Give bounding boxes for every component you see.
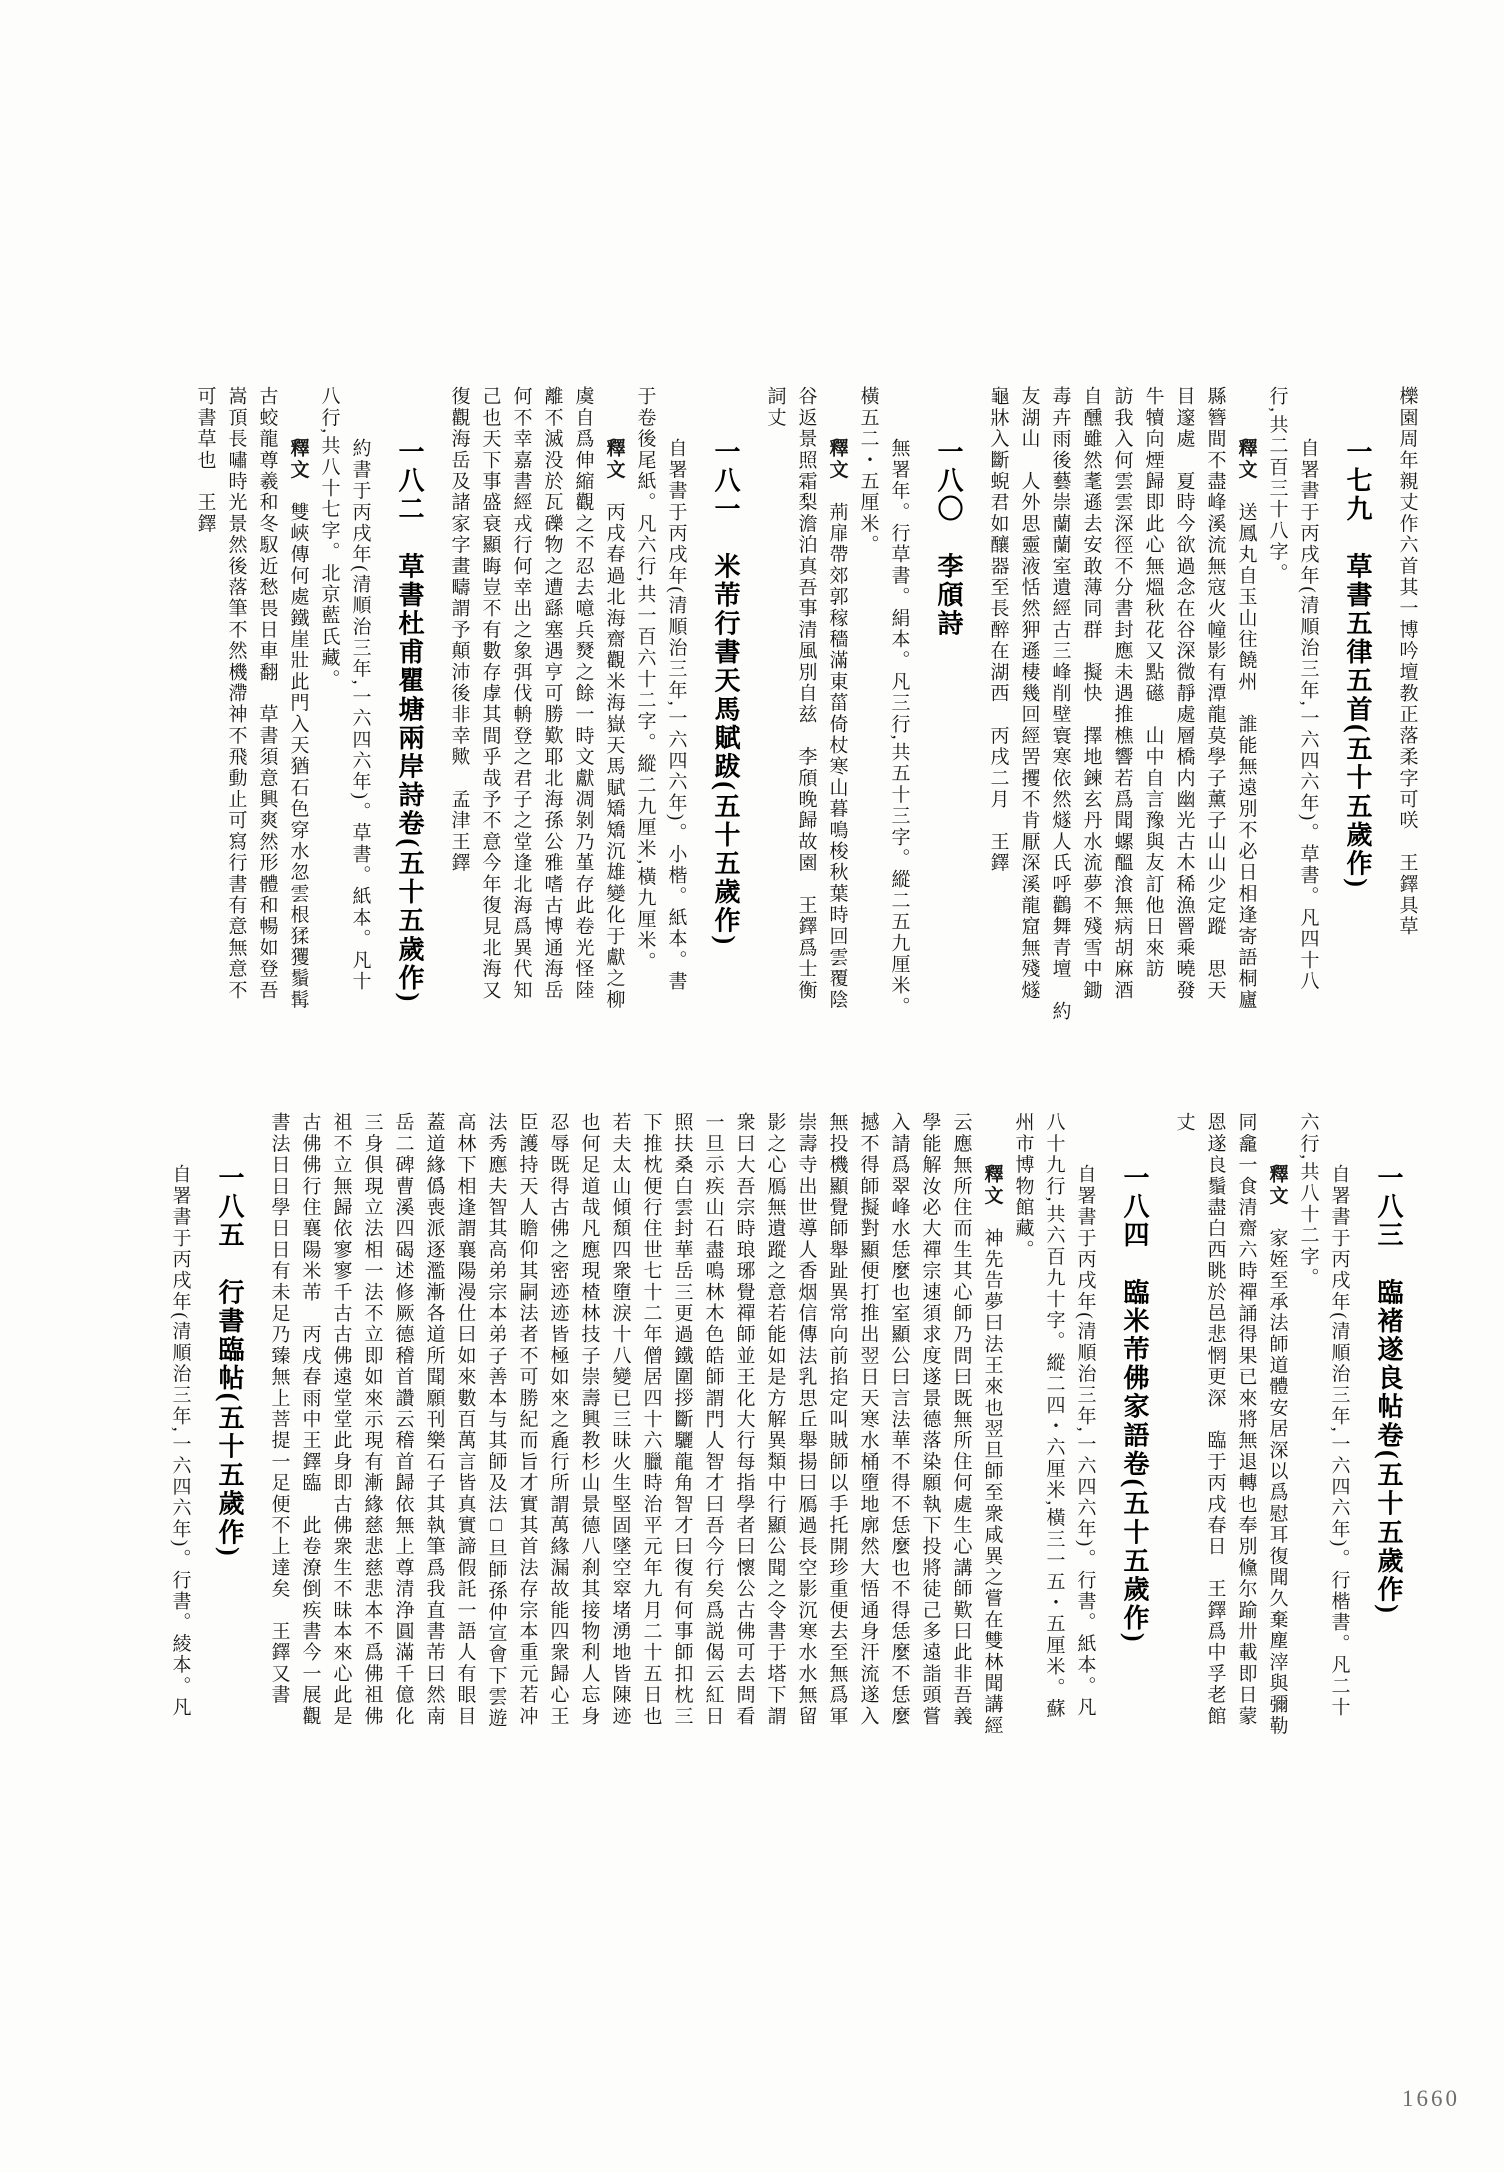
column-text: 谷返景照霜梨澹泊真吾事清風別自兹 李頎晚歸故園 王鐸爲士衡 [796, 386, 817, 1001]
column-text: 也何足道哉凡應現楂林技子崇壽興教杉山景德八刹其接物利人忘身 [579, 1112, 600, 1727]
text-column: 臣護持天人瞻仰其嗣法者不可勝紀而旨才實其首法存宗本重元若冲 [516, 1112, 538, 1727]
page-number: 1660 [1402, 2086, 1460, 2112]
column-text: 臣護持天人瞻仰其嗣法者不可勝紀而旨才實其首法存宗本重元若冲 [517, 1112, 538, 1727]
text-column: 詞丈 [764, 386, 786, 428]
column-text: 送鳳丸自玉山往饒州 誰能無遠別不必日相逢寄語桐廬 [1236, 480, 1257, 1010]
entry-header: 一八五 行書臨帖(五十五歲作) [212, 1112, 246, 1558]
column-text: 丈 [1174, 1112, 1195, 1133]
column-text: 下推枕便行住世七十二年僧居四十六臘時治平元年九月二十五日也 [641, 1112, 662, 1727]
column-text: 于卷後尾紙。凡六行,共一百六十二字。縱二九厘米,橫九厘米。 [635, 386, 656, 972]
column-text: 祖不立無歸依寥寥千古古佛遠堂堂此身即古佛衆生不昧本來心此是 [331, 1112, 352, 1727]
column-text: 縣簪間不盡峰溪流無寇火幢影有潭龍莫學子薰子山山少定蹤 思天 [1205, 386, 1226, 1001]
column-text: 詞丈 [765, 386, 786, 428]
text-column: 六行,共八十二字。 [1297, 1112, 1319, 1289]
column-text: 一旦示疾山石盡鳴林木色皓師謂門人智才曰吾今行矣爲説偈云紅日 [703, 1112, 724, 1727]
entry-header: 一八三 臨褚遂良帖卷(五十五歲作) [1371, 1112, 1405, 1616]
text-column: 行,共二百三十八字。 [1266, 386, 1288, 584]
column-text: 書法日日學日日有未足乃臻無上菩提一足便不上達矣 王鐸又書 [269, 1112, 290, 1706]
column-text: 行,共二百三十八字。 [1267, 386, 1288, 584]
column-text: 八十九行,共六百九十字。縱二四・六厘米,橫三一五・五厘米。蘇 [1044, 1112, 1065, 1720]
text-column: 離不滅没於瓦礫物之遭繇塞遇亨可勝歎耶北海孫公雅嗜古博通海岳 [541, 386, 563, 1001]
text-column: 衆曰大吾宗時琅琊覺禪師並王化大行每指學者曰懷公古佛可去問看 [733, 1112, 755, 1727]
text-column: 無署年。行草書。絹本。凡三行,共五十三字。縱二五九厘米。 [888, 386, 910, 1017]
text-column: 縣簪間不盡峰溪流無寇火幢影有潭龍莫學子薰子山山少定蹤 思天 [1204, 386, 1226, 1001]
text-column: 釋文 荊扉帶郊郭稼穡滿東菑倚杖寒山暮鳴梭秋葉時回雲覆陰 [826, 386, 848, 1010]
text-column: 古佛佛行住襄陽米芾 丙戌春雨中王鐸臨 此卷潦倒疾書今一展觀 [299, 1112, 321, 1727]
text-column: 三身俱現立法相一法不立即如來示現有漸緣慈悲慈悲本不爲佛祖佛 [361, 1112, 383, 1727]
text-column: 書法日日學日日有未足乃臻無上菩提一足便不上達矣 王鐸又書 [268, 1112, 290, 1706]
text-column: 嵩頂長嘯時光景然後落筆不然機滯神不飛動止可寫行書有意無意不 [225, 386, 247, 1001]
text-column: 丈 [1173, 1112, 1195, 1133]
top-register: 櫟園周年親丈作六首其一博吟壇教正落柔字可咲 王鐸具草一七九 草書五律五首(五十五… [82, 386, 1422, 1048]
column-text: 同龕一食清齋六時禪誦得果已來將無退轉也奉別儵尔踰卅載即日蒙 [1236, 1112, 1257, 1727]
text-column: 橫五二・五厘米。 [857, 386, 879, 556]
bottom-register: 一八三 臨褚遂良帖卷(五十五歲作)自署書于丙戌年(清順治三年,一六四六年)。行楷… [82, 1112, 1422, 1774]
text-column: 同龕一食清齋六時禪誦得果已來將無退轉也奉別儵尔踰卅載即日蒙 [1235, 1112, 1257, 1727]
text-column: 一旦示疾山石盡鳴林木色皓師謂門人智才曰吾今行矣爲説偈云紅日 [702, 1112, 724, 1727]
column-text: 恩遂良鬚盡白西眺於邑悲惘更深 臨于丙戌春日 王鐸爲中孚老館 [1205, 1112, 1226, 1727]
column-text: 州市博物館藏。 [1013, 1112, 1034, 1260]
column-text: 自署書于丙戌年(清順治三年,一六四六年)。小楷。紙本。書 [666, 438, 687, 992]
column-text: 一七九 草書五律五首(五十五歲作) [1343, 438, 1372, 890]
entry-header: 一八四 臨米芾佛家語卷(五十五歲作) [1117, 1112, 1151, 1644]
column-text: 一八三 臨褚遂良帖卷(五十五歲作) [1374, 1164, 1403, 1616]
text-column: 何不幸嘉書經戎行何幸出之象弭伐輈登之君子之堂逢北海爲異代知 [510, 386, 532, 1001]
text-column: 撼不得師擬對顯便打推出翌日天寒水桶墮地廓然大悟通身汗流遂入 [857, 1112, 879, 1727]
entry-header: 一八二 草書杜甫瞿塘兩岸詩卷(五十五歲作) [392, 386, 426, 1004]
text-column: 訪我入何雲雲深徑不分書封應未遇推樵響若爲聞螺醞湌無病胡麻酒 [1111, 386, 1133, 1001]
column-text: 訪我入何雲雲深徑不分書封應未遇推樵響若爲聞螺醞湌無病胡麻酒 [1112, 386, 1133, 1001]
column-text: 離不滅没於瓦礫物之遭繇塞遇亨可勝歎耶北海孫公雅嗜古博通海岳 [542, 386, 563, 1001]
text-column: 下推枕便行住世七十二年僧居四十六臘時治平元年九月二十五日也 [640, 1112, 662, 1727]
column-text: 六行,共八十二字。 [1298, 1112, 1319, 1289]
text-column: 高林下相逢謂襄陽漫仕曰如來數百萬言皆真實諦假託一語人有眼目 [454, 1112, 476, 1727]
text-column: 八十九行,共六百九十字。縱二四・六厘米,橫三一五・五厘米。蘇 [1043, 1112, 1065, 1720]
text-column: 法秀應夫智其高弟宗本弟子善本与其師及法□旦師孫仲宣會下雲遊 [485, 1112, 507, 1729]
text-column: 州市博物館藏。 [1012, 1112, 1034, 1260]
text-column: 谷返景照霜梨澹泊真吾事清風別自兹 李頎晚歸故園 王鐸爲士衡 [795, 386, 817, 1001]
column-text: 雙峽傳何處鐵崖壯此門入天猶石色穿水忽雲根猱玃鬚髯 [288, 480, 309, 1010]
entry-header: 一八〇 李頎詩 [931, 386, 965, 638]
column-text: 古蛟龍尊羲和冬馭近愁畏日車翻 草書須意興爽然形體和暢如登吾 [257, 386, 278, 1001]
column-text: 自署書于丙戌年(清順治三年,一六四六年)。行書。紙本。凡 [1075, 1164, 1096, 1718]
column-text: 目邃處 夏時今欲過念在谷深微靜處層橋内幽光古木稀漁罾乘曉發 [1174, 386, 1195, 1001]
column-text: 古佛佛行住襄陽米芾 丙戌春雨中王鐸臨 此卷潦倒疾書今一展觀 [300, 1112, 321, 1727]
text-column: 影之心鴈無遺蹤之意若能如是方解異類中行顯公聞之令書于塔下謂 [764, 1112, 786, 1727]
column-text: 無署年。行草書。絹本。凡三行,共五十三字。縱二五九厘米。 [889, 438, 910, 1017]
column-text: 自醺雖然耄遜去安敢薄同群 擬快 擇地鍊玄丹水流夢不殘雪中鋤 [1081, 386, 1102, 1001]
entry-header: 一七九 草書五律五首(五十五歲作) [1340, 386, 1374, 890]
column-text: 蓋道緣僞喪派逐濫漸各道所聞願刊樂石子其執筆爲我直書芾曰然南 [424, 1112, 445, 1727]
column-text: 一八二 草書杜甫瞿塘兩岸詩卷(五十五歲作) [395, 438, 424, 1004]
column-text: 丙戌春過北海齋觀米海嶽天馬賦矯矯沉雄變化于獻之柳 [604, 480, 625, 1010]
text-column: 入請爲翠峰水恁麼也室顯公曰言法華不得不恁麼也不得恁麼不恁麼 [888, 1112, 910, 1727]
column-text: 自署書于丙戌年(清順治三年,一六四六年)。行楷書。凡二十 [1329, 1164, 1350, 1718]
shiwen-label: 釋文 [1267, 1164, 1288, 1206]
text-column: 古蛟龍尊羲和冬馭近愁畏日車翻 草書須意興爽然形體和暢如登吾 [256, 386, 278, 1001]
column-text: 牛犢向煙歸即此心無熅秋花又點礠 山中自言豫與友訂他日來訪 [1143, 386, 1164, 980]
text-column: 學能解汝必大禪宗速須求度遂景德落染願執下投將徒己多遠詣頭嘗 [919, 1112, 941, 1727]
text-column: 祖不立無歸依寥寥千古古佛遠堂堂此身即古佛衆生不昧本來心此是 [330, 1112, 352, 1727]
column-text: 影之心鴈無遺蹤之意若能如是方解異類中行顯公聞之令書于塔下謂 [765, 1112, 786, 1727]
column-text: 忍辱既得古佛之密迹迹皆極如來之麁行所謂萬緣漏故能四衆歸心王 [548, 1112, 569, 1727]
column-text: 可書草也 王鐸 [195, 386, 216, 534]
column-text: 友湖山 人外思靈液恬然狎遜棲幾回經罟攫不肯厭深溪龍窟無殘燧 [1019, 386, 1040, 1001]
column-text: 衆曰大吾宗時琅琊覺禪師並王化大行每指學者曰懷公古佛可去問看 [734, 1112, 755, 1727]
text-column: 自醺雖然耄遜去安敢薄同群 擬快 擇地鍊玄丹水流夢不殘雪中鋤 [1080, 386, 1102, 1001]
column-text: 八行,共八十七字。北京藍氏藏。 [319, 386, 340, 690]
text-column: 己也天下事盛衰顯晦豈不有數存虖其間乎哉予不意今年復見北海又 [479, 386, 501, 1001]
column-text: 法秀應夫智其高弟宗本弟子善本与其師及法□旦師孫仲宣會下雲遊 [486, 1112, 507, 1729]
text-column: 目邃處 夏時今欲過念在谷深微靜處層橋内幽光古木稀漁罾乘曉發 [1173, 386, 1195, 1001]
column-text: 若夫太山傾頹四衆墮淚十八變已三昧火生堅固墜空窣堵湧地皆陳迹 [610, 1112, 631, 1727]
column-text: 自署書于丙戌年(清順治三年,一六四六年)。行書。綾本。凡 [170, 1164, 191, 1718]
text-column: 照扶桑白雲封華岳三更過鐵圍拶斷驪龍角智才曰復有何事師扣枕三 [671, 1112, 693, 1727]
text-column: 牛犢向煙歸即此心無熅秋花又點礠 山中自言豫與友訂他日來訪 [1142, 386, 1164, 980]
text-column: 自署書于丙戌年(清順治三年,一六四六年)。行書。紙本。凡 [1074, 1112, 1096, 1718]
text-column: 約書于丙戌年(清順治三年,一六四六年)。草書。紙本。凡十 [349, 386, 371, 992]
entry-header: 一八一 米芾行書天馬賦跋(五十五歲作) [708, 386, 742, 947]
column-text: 岳二碑曹溪四碣述修厥德稽首讚云稽首歸依無上尊清浄圓滿千億化 [393, 1112, 414, 1727]
text-column: 釋文 神先告夢曰法王來也翌旦師至衆咸異之嘗在雙林聞講經 [981, 1112, 1003, 1736]
column-text: 三身俱現立法相一法不立即如來示現有漸緣慈悲慈悲本不爲佛祖佛 [362, 1112, 383, 1727]
text-column: 龜牀入斷蜺君如釀器至長醉在湖西 丙戌二月 王鐸 [987, 386, 1009, 874]
column-text: 毒卉雨後藝崇蘭蘭室遺經古三峰削壁寰寒依然燧人氏呼鸛舞青壇 約 [1050, 386, 1071, 1022]
text-column: 無投機顯覺師舉趾異常向前掐定叫賊師以手托開珍重便去至無爲軍 [826, 1112, 848, 1727]
column-text: 虞自爲伸縮觀之不忍去噫兵燹之餘一時文獻凋剝乃堇存此卷光怪陸 [573, 386, 594, 1001]
text-column: 若夫太山傾頹四衆墮淚十八變已三昧火生堅固墜空窣堵湧地皆陳迹 [609, 1112, 631, 1727]
column-text: 云應無所住而生其心師乃問曰既無所住何處生心講師歎曰此非吾義 [951, 1112, 972, 1727]
column-text: 入請爲翠峰水恁麼也室顯公曰言法華不得不恁麼也不得恁麼不恁麼 [889, 1112, 910, 1727]
text-column: 自署書于丙戌年(清順治三年,一六四六年)。行楷書。凡二十 [1328, 1112, 1350, 1718]
text-column: 可書草也 王鐸 [194, 386, 216, 534]
text-column: 自署書于丙戌年(清順治三年,一六四六年)。小楷。紙本。書 [665, 386, 687, 992]
text-column: 復觀海岳及諸家字畫疇謂予顛沛後非幸歟 孟津王鐸 [448, 386, 470, 874]
column-text: 復觀海岳及諸家字畫疇謂予顛沛後非幸歟 孟津王鐸 [449, 386, 470, 874]
column-text: 撼不得師擬對顯便打推出翌日天寒水桶墮地廓然大悟通身汗流遂入 [858, 1112, 879, 1727]
shiwen-label: 釋文 [604, 438, 625, 480]
column-text: 崇壽寺出世導人香烟信傳法乳思丘舉揚曰鴈過長空影沉寒水水無留 [796, 1112, 817, 1727]
text-column: 友湖山 人外思靈液恬然狎遜棲幾回經罟攫不肯厭深溪龍窟無殘燧 [1018, 386, 1040, 1001]
text-column: 釋文 雙峽傳何處鐵崖壯此門入天猶石色穿水忽雲根猱玃鬚髯 [287, 386, 309, 1010]
text-column: 也何足道哉凡應現楂林技子崇壽興教杉山景德八刹其接物利人忘身 [578, 1112, 600, 1727]
column-text: 何不幸嘉書經戎行何幸出之象弭伐輈登之君子之堂逢北海爲異代知 [511, 386, 532, 1001]
column-text: 一八五 行書臨帖(五十五歲作) [215, 1164, 244, 1558]
column-text: 自署書于丙戌年(清順治三年,一六四六年)。草書。凡四十八 [1298, 438, 1319, 992]
column-text: 己也天下事盛衰顯晦豈不有數存虖其間乎哉予不意今年復見北海又 [480, 386, 501, 1001]
column-text: 高林下相逢謂襄陽漫仕曰如來數百萬言皆真實諦假託一語人有眼目 [455, 1112, 476, 1727]
shiwen-label: 釋文 [982, 1164, 1003, 1206]
shiwen-label: 釋文 [288, 438, 309, 480]
text-column: 崇壽寺出世導人香烟信傳法乳思丘舉揚曰鴈過長空影沉寒水水無留 [795, 1112, 817, 1727]
text-column: 自署書于丙戌年(清順治三年,一六四六年)。草書。凡四十八 [1297, 386, 1319, 992]
text-column: 忍辱既得古佛之密迹迹皆極如來之麁行所謂萬緣漏故能四衆歸心王 [547, 1112, 569, 1727]
column-text: 家姪至承法師道體安居深以爲慰耳復聞久棄塵滓與彌勒 [1267, 1206, 1288, 1736]
column-text: 荊扉帶郊郭稼穡滿東菑倚杖寒山暮鳴梭秋葉時回雲覆陰 [827, 480, 848, 1010]
text-column: 釋文 家姪至承法師道體安居深以爲慰耳復聞久棄塵滓與彌勒 [1266, 1112, 1288, 1736]
text-column: 蓋道緣僞喪派逐濫漸各道所聞願刊樂石子其執筆爲我直書芾曰然南 [423, 1112, 445, 1727]
text-column: 八行,共八十七字。北京藍氏藏。 [318, 386, 340, 690]
text-column: 于卷後尾紙。凡六行,共一百六十二字。縱二九厘米,橫九厘米。 [634, 386, 656, 972]
column-text: 無投機顯覺師舉趾異常向前掐定叫賊師以手托開珍重便去至無爲軍 [827, 1112, 848, 1727]
text-column: 恩遂良鬚盡白西眺於邑悲惘更深 臨于丙戌春日 王鐸爲中孚老館 [1204, 1112, 1226, 1727]
column-text: 嵩頂長嘯時光景然後落筆不然機滯神不飛動止可寫行書有意無意不 [226, 386, 247, 1001]
column-text: 櫟園周年親丈作六首其一博吟壇教正落柔字可咲 王鐸具草 [1397, 386, 1418, 937]
column-text: 一八四 臨米芾佛家語卷(五十五歲作) [1120, 1164, 1149, 1644]
column-text: 學能解汝必大禪宗速須求度遂景德落染願執下投將徒己多遠詣頭嘗 [920, 1112, 941, 1727]
text-column: 虞自爲伸縮觀之不忍去噫兵燹之餘一時文獻凋剝乃堇存此卷光怪陸 [572, 386, 594, 1001]
column-text: 橫五二・五厘米。 [858, 386, 879, 556]
column-text: 神先告夢曰法王來也翌旦師至衆咸異之嘗在雙林聞講經 [982, 1206, 1003, 1736]
text-column: 云應無所住而生其心師乃問曰既無所住何處生心講師歎曰此非吾義 [950, 1112, 972, 1727]
column-text: 一八一 米芾行書天馬賦跋(五十五歲作) [711, 438, 740, 947]
shiwen-label: 釋文 [827, 438, 848, 480]
text-column: 釋文 送鳳丸自玉山往饒州 誰能無遠別不必日相逢寄語桐廬 [1235, 386, 1257, 1010]
column-text: 照扶桑白雲封華岳三更過鐵圍拶斷驪龍角智才曰復有何事師扣枕三 [672, 1112, 693, 1727]
text-column: 毒卉雨後藝崇蘭蘭室遺經古三峰削壁寰寒依然燧人氏呼鸛舞青壇 約 [1049, 386, 1071, 1022]
column-text: 一八〇 李頎詩 [934, 438, 963, 638]
text-column: 自署書于丙戌年(清順治三年,一六四六年)。行書。綾本。凡 [169, 1112, 191, 1718]
text-column: 櫟園周年親丈作六首其一博吟壇教正落柔字可咲 王鐸具草 [1396, 386, 1418, 937]
text-column: 岳二碑曹溪四碣述修厥德稽首讚云稽首歸依無上尊清浄圓滿千億化 [392, 1112, 414, 1727]
shiwen-label: 釋文 [1236, 438, 1257, 480]
column-text: 約書于丙戌年(清順治三年,一六四六年)。草書。紙本。凡十 [350, 438, 371, 992]
column-text: 龜牀入斷蜺君如釀器至長醉在湖西 丙戌二月 王鐸 [988, 386, 1009, 874]
text-column: 釋文 丙戌春過北海齋觀米海嶽天馬賦矯矯沉雄變化于獻之柳 [603, 386, 625, 1010]
